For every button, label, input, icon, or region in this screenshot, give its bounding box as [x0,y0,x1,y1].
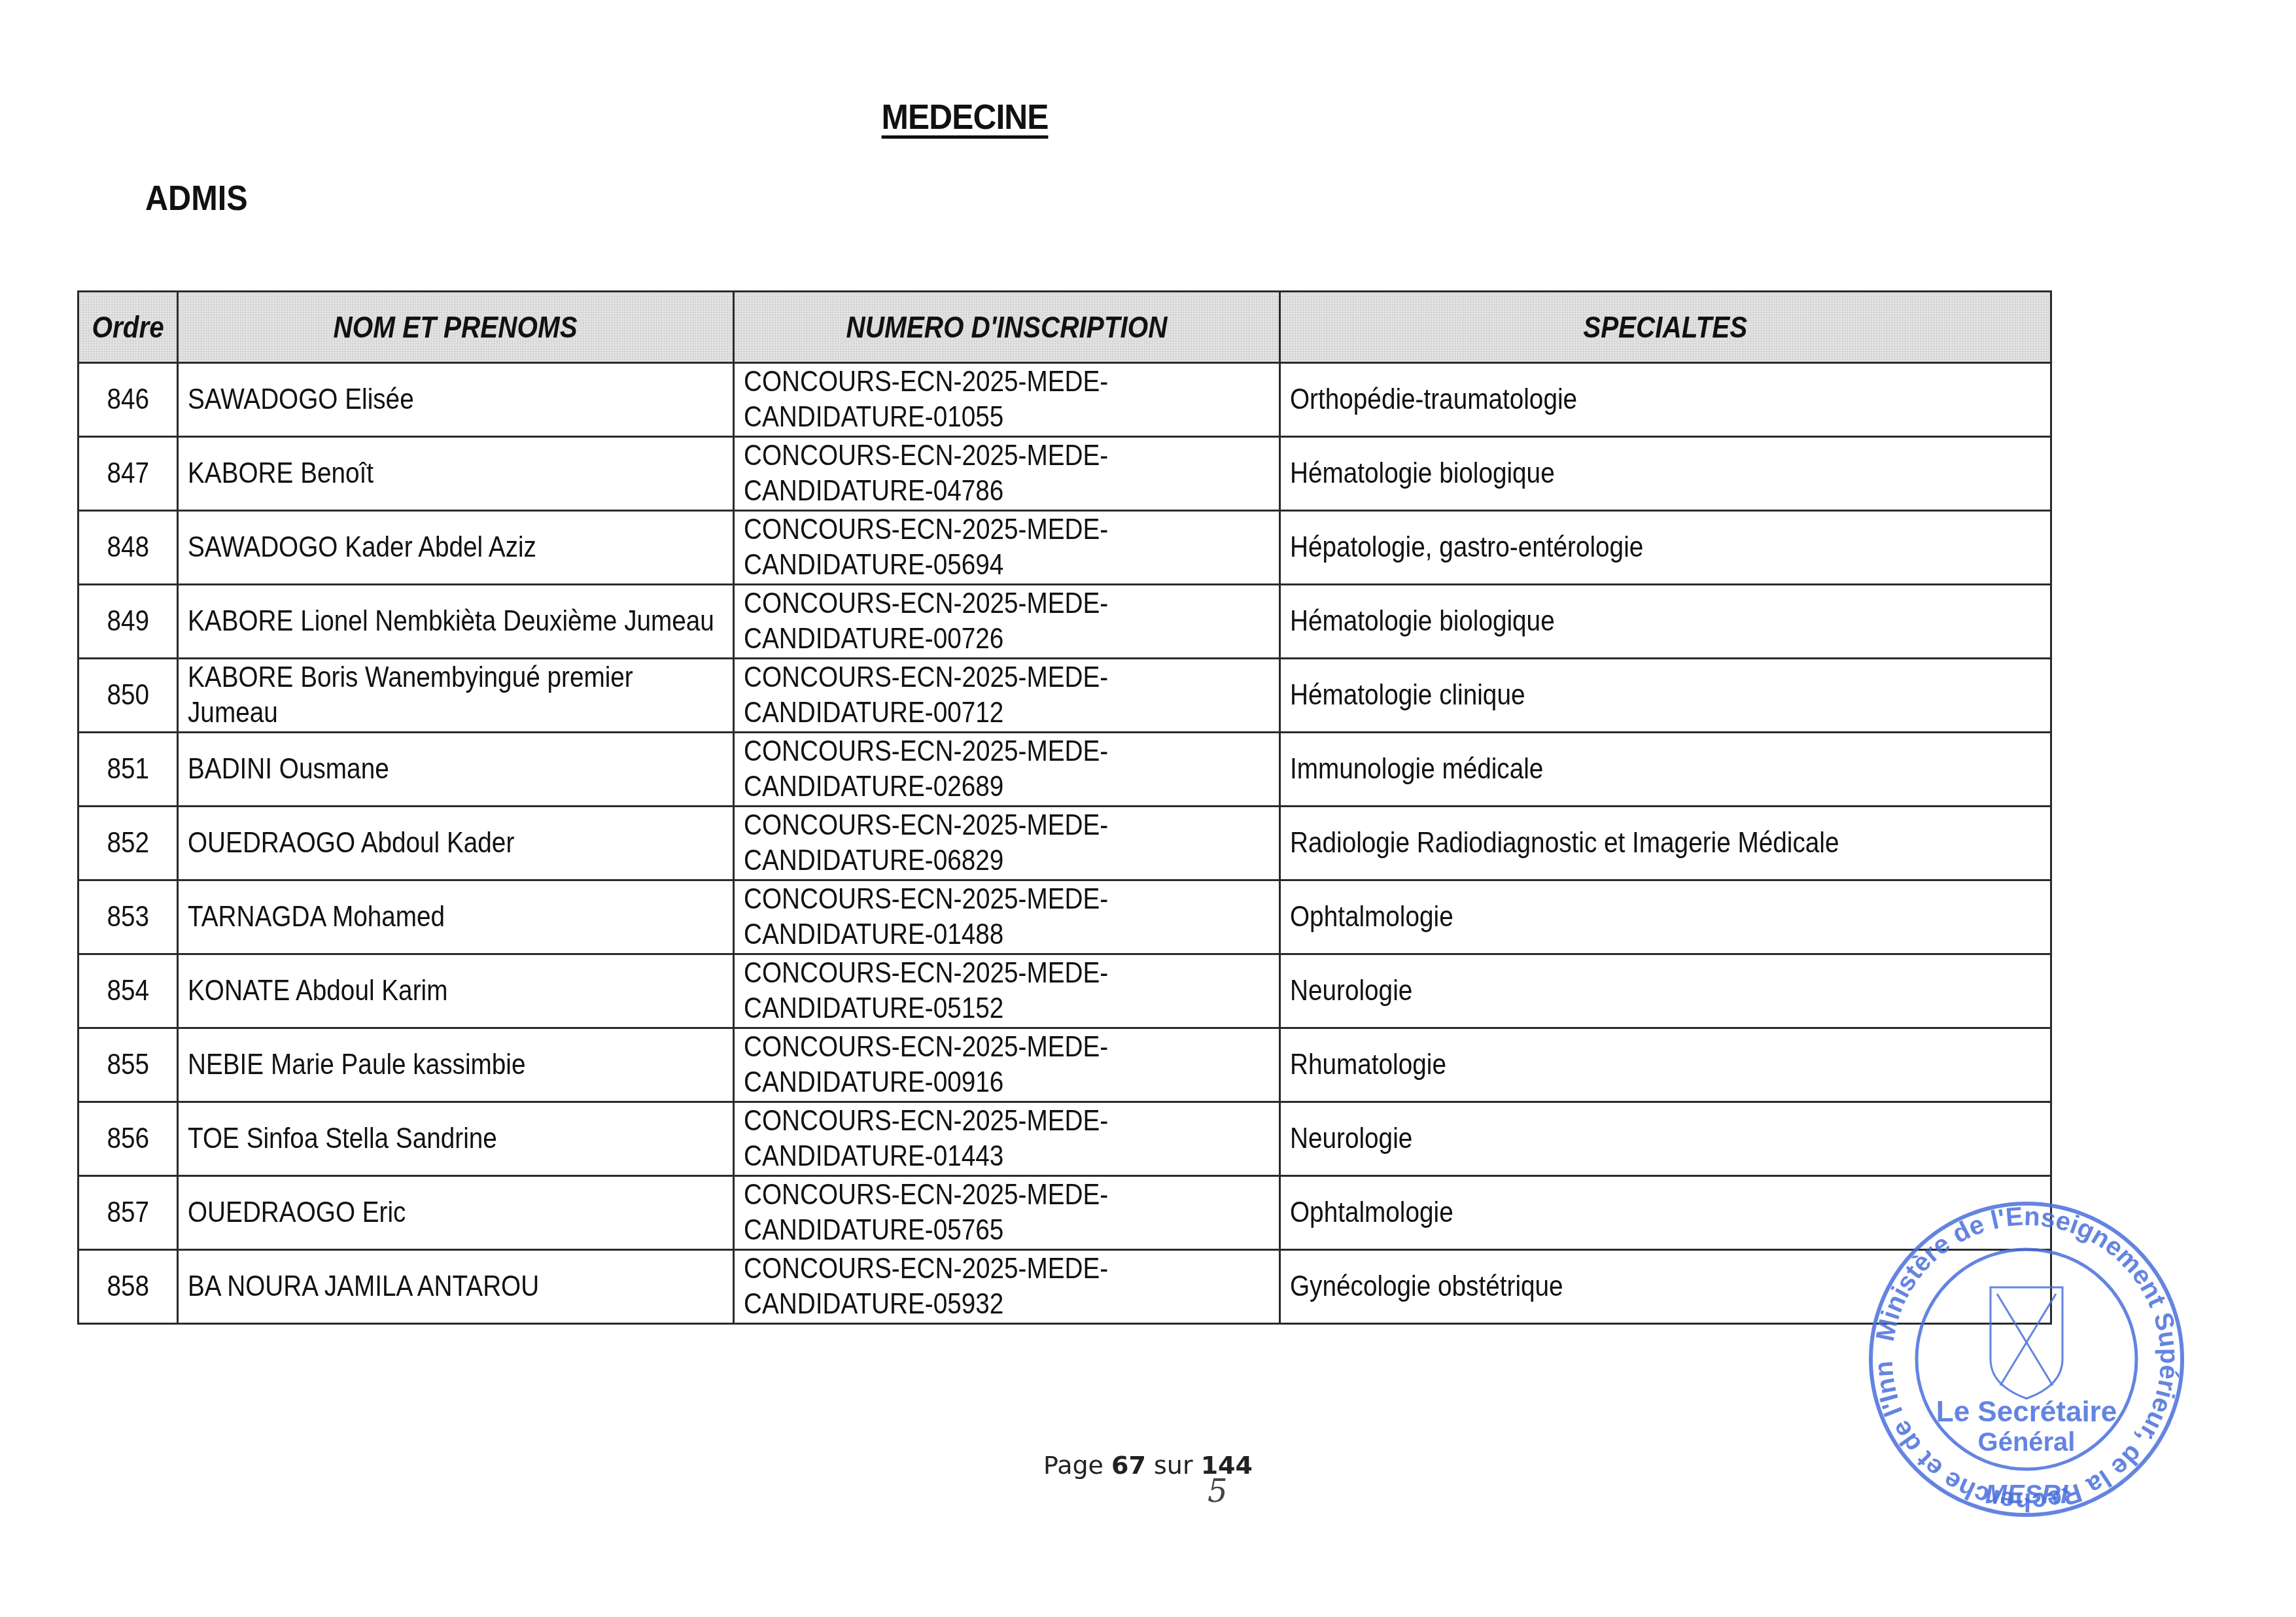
cell-ordre: 852 [78,807,178,880]
cell-ordre: 846 [78,363,178,437]
table-row: 854KONATE Abdoul KarimCONCOURS-ECN-2025-… [78,954,2051,1028]
page-title: MEDECINE [77,97,1852,137]
svg-text:MESRI: MESRI [1985,1480,2069,1509]
cell-nom: OUEDRAOGO Eric [178,1176,734,1250]
cell-numero: CONCOURS-ECN-2025-MEDE-CANDIDATURE-00726 [734,585,1280,659]
cell-numero: CONCOURS-ECN-2025-MEDE-CANDIDATURE-05152 [734,954,1280,1028]
cell-ordre: 850 [78,659,178,733]
page-sep: sur [1154,1451,1193,1480]
table-row: 857OUEDRAOGO EricCONCOURS-ECN-2025-MEDE-… [78,1176,2051,1250]
cell-specialite: Immunologie médicale [1280,733,2051,807]
table-header-row: Ordre NOM ET PRENOMS NUMERO D'INSCRIPTIO… [78,292,2051,363]
table-row: 855NEBIE Marie Paule kassimbieCONCOURS-E… [78,1028,2051,1102]
cell-numero: CONCOURS-ECN-2025-MEDE-CANDIDATURE-05765 [734,1176,1280,1250]
table-row: 858BA NOURA JAMILA ANTAROUCONCOURS-ECN-2… [78,1250,2051,1324]
cell-specialite: Neurologie [1280,954,2051,1028]
cell-numero: CONCOURS-ECN-2025-MEDE-CANDIDATURE-00712 [734,659,1280,733]
cell-ordre: 856 [78,1102,178,1176]
header-ordre: Ordre [78,292,178,363]
cell-nom: SAWADOGO Elisée [178,363,734,437]
cell-ordre: 847 [78,437,178,511]
table-row: 852OUEDRAOGO Abdoul KaderCONCOURS-ECN-20… [78,807,2051,880]
cell-numero: CONCOURS-ECN-2025-MEDE-CANDIDATURE-00916 [734,1028,1280,1102]
cell-nom: KONATE Abdoul Karim [178,954,734,1028]
table-row: 847KABORE BenoîtCONCOURS-ECN-2025-MEDE-C… [78,437,2051,511]
cell-ordre: 853 [78,880,178,954]
cell-ordre: 854 [78,954,178,1028]
cell-numero: CONCOURS-ECN-2025-MEDE-CANDIDATURE-04786 [734,437,1280,511]
cell-ordre: 848 [78,511,178,585]
cell-numero: CONCOURS-ECN-2025-MEDE-CANDIDATURE-02689 [734,733,1280,807]
cell-numero: CONCOURS-ECN-2025-MEDE-CANDIDATURE-06829 [734,807,1280,880]
table-row: 853TARNAGDA MohamedCONCOURS-ECN-2025-MED… [78,880,2051,954]
official-stamp-icon: Ministère de l'Enseignement Supérieur, d… [1863,1196,2190,1523]
cell-nom: NEBIE Marie Paule kassimbie [178,1028,734,1102]
cell-nom: TARNAGDA Mohamed [178,880,734,954]
cell-nom: OUEDRAOGO Abdoul Kader [178,807,734,880]
cell-specialite: Hématologie clinique [1280,659,2051,733]
page-current: 67 [1111,1451,1146,1480]
cell-nom: KABORE Boris Wanembyingué premier Jumeau [178,659,734,733]
cell-numero: CONCOURS-ECN-2025-MEDE-CANDIDATURE-01488 [734,880,1280,954]
cell-ordre: 849 [78,585,178,659]
cell-numero: CONCOURS-ECN-2025-MEDE-CANDIDATURE-05932 [734,1250,1280,1324]
cell-specialite: Neurologie [1280,1102,2051,1176]
cell-ordre: 851 [78,733,178,807]
cell-nom: SAWADOGO Kader Abdel Aziz [178,511,734,585]
cell-specialite: Hématologie biologique [1280,437,2051,511]
handwritten-correction: 5 [1208,1473,1228,1510]
svg-text:Général: Général [1978,1428,2076,1457]
table-row: 856TOE Sinfoa Stella SandrineCONCOURS-EC… [78,1102,2051,1176]
cell-specialite: Hépatologie, gastro-entérologie [1280,511,2051,585]
svg-text:Le Secrétaire: Le Secrétaire [1936,1396,2117,1428]
cell-nom: BA NOURA JAMILA ANTAROU [178,1250,734,1324]
table-row: 850KABORE Boris Wanembyingué premier Jum… [78,659,2051,733]
table-row: 849KABORE Lionel Nembkièta Deuxième Jume… [78,585,2051,659]
cell-nom: TOE Sinfoa Stella Sandrine [178,1102,734,1176]
cell-nom: KABORE Benoît [178,437,734,511]
cell-nom: BADINI Ousmane [178,733,734,807]
table-row: 851BADINI OusmaneCONCOURS-ECN-2025-MEDE-… [78,733,2051,807]
cell-specialite: Radiologie Radiodiagnostic et Imagerie M… [1280,807,2051,880]
cell-numero: CONCOURS-ECN-2025-MEDE-CANDIDATURE-01443 [734,1102,1280,1176]
header-numero-inscription: NUMERO D'INSCRIPTION [734,292,1280,363]
table-row: 846SAWADOGO EliséeCONCOURS-ECN-2025-MEDE… [78,363,2051,437]
cell-ordre: 857 [78,1176,178,1250]
cell-specialite: Ophtalmologie [1280,880,2051,954]
header-nom-prenoms: NOM ET PRENOMS [178,292,734,363]
admis-table: Ordre NOM ET PRENOMS NUMERO D'INSCRIPTIO… [77,290,2052,1325]
cell-specialite: Hématologie biologique [1280,585,2051,659]
cell-specialite: Orthopédie-traumatologie [1280,363,2051,437]
cell-nom: KABORE Lionel Nembkièta Deuxième Jumeau [178,585,734,659]
cell-ordre: 858 [78,1250,178,1324]
cell-numero: CONCOURS-ECN-2025-MEDE-CANDIDATURE-05694 [734,511,1280,585]
header-specialites: SPECIALTES [1280,292,2051,363]
cell-specialite: Rhumatologie [1280,1028,2051,1102]
cell-ordre: 855 [78,1028,178,1102]
table-row: 848SAWADOGO Kader Abdel AzizCONCOURS-ECN… [78,511,2051,585]
page-label: Page [1043,1451,1104,1480]
cell-numero: CONCOURS-ECN-2025-MEDE-CANDIDATURE-01055 [734,363,1280,437]
section-title: ADMIS [145,178,248,218]
